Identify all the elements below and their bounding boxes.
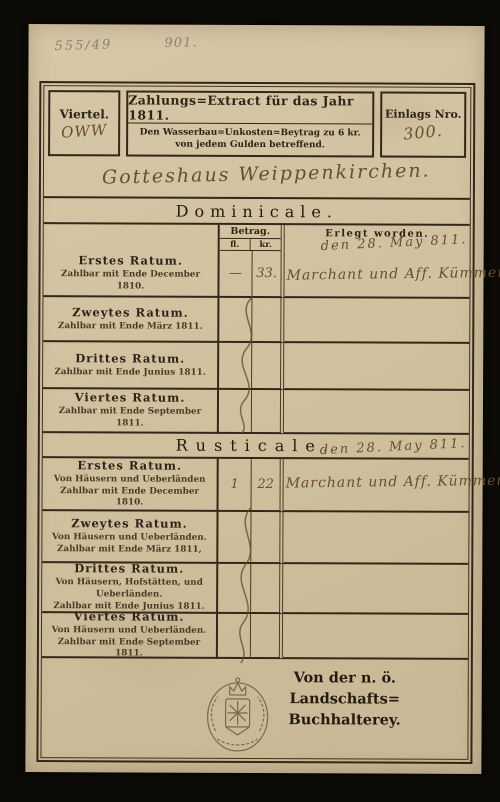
title-box: Zahlungs=Extract für das Jahr 1811. Den … — [126, 90, 374, 157]
fl-label: fl. — [220, 239, 251, 250]
viertel-label: Viertel. — [59, 107, 109, 121]
ratum-due-date: Zahlbar mit Ende December 1810. — [49, 269, 211, 293]
recipient-row: Gotteshaus Weippenkirchen. — [44, 158, 470, 200]
erlegt-cell — [284, 390, 469, 435]
form-body: Viertel. OWW Zahlungs=Extract für das Ja… — [40, 85, 471, 760]
erlegt-cell — [284, 298, 469, 344]
table-row-label: Drittes Ratum. Von Häusern, Hofstätten, … — [42, 563, 218, 614]
fl-value-cell — [218, 614, 251, 659]
kr-label: kr. — [251, 239, 281, 250]
ratum-due-date: Zahlbar mit Ende September 1811. — [49, 406, 211, 430]
pencil-archive-number: 555/49 — [54, 37, 112, 54]
erlegt-cell — [283, 564, 468, 615]
ratum-title: Viertes Ratum. — [75, 390, 186, 404]
dominicale-table: Betrag. fl. kr. Erlegt worden. Erstes Ra… — [43, 224, 470, 435]
fl-value-cell — [219, 298, 252, 343]
ratum-category: Von Häusern, Hofstätten, und Ueberländen… — [48, 577, 210, 601]
ratum-title: Zweytes Ratum. — [72, 305, 189, 320]
fl-handwritten-value: — — [229, 266, 242, 281]
ratum-title: Erstes Ratum. — [77, 458, 182, 472]
betrag-label: Betrag. — [220, 225, 281, 239]
ratum-title: Drittes Ratum. — [74, 561, 184, 575]
einlags-handwritten-value: 300. — [403, 121, 444, 144]
ratum-title: Viertes Ratum. — [74, 609, 185, 623]
scan-background: 555/49 901. Viertel. OWW Zahlungs=Extrac… — [0, 0, 500, 802]
erlegt-cell — [283, 512, 468, 565]
ratum-title: Zweytes Ratum. — [71, 516, 188, 531]
fl-value-cell: 1 — [219, 459, 252, 512]
form-title: Zahlungs=Extract für das Jahr 1811. — [128, 92, 372, 124]
einlags-label: Einlags Nro. — [385, 108, 461, 121]
payment-signature-handwritten: Marchant und Aff. Kümmeringhand — [286, 472, 500, 492]
form-subtitle: Den Wasserbau=Unkosten=Beytrag zu 6 kr. … — [128, 123, 372, 155]
document-paper: 555/49 901. Viertel. OWW Zahlungs=Extrac… — [25, 24, 484, 774]
fl-value-cell — [219, 390, 252, 434]
recipient-handwritten-name: Gotteshaus Weippenkirchen. — [102, 159, 431, 188]
table-corner-cell — [44, 224, 220, 251]
ratum-due-date: Zahlbar mit Ende März 1811. — [58, 321, 203, 334]
kr-handwritten-value: 22 — [257, 477, 274, 492]
issuer-text: Von der n. ö. Landschafts= Buchhalterey. — [240, 667, 450, 731]
einlags-box: Einlags Nro. 300. — [380, 92, 466, 158]
pencil-secondary-number: 901. — [164, 35, 197, 51]
fl-value-cell — [218, 512, 251, 564]
viertel-handwritten-value: OWW — [61, 120, 108, 141]
erlegt-cell: den 28. May 811. Marchant und Aff. Kümme… — [284, 251, 469, 299]
table-row-label: Viertes Ratum. Von Häusern und Ueberländ… — [42, 613, 218, 659]
table-row-label: Drittes Ratum. Zahlbar mit Ende Junius 1… — [43, 342, 219, 390]
ratum-due-date: Zahlbar mit Ende März 1811, — [57, 544, 202, 557]
erlegt-cell: den 28. May 811. Marchant und Aff. Kümme… — [284, 459, 469, 513]
ratum-category: Von Häusern und Ueberländen — [54, 474, 206, 487]
ratum-due-date: Zahlbar mit Ende Junius 1811. — [54, 367, 205, 380]
kr-value-cell — [251, 512, 283, 564]
table-row-label: Zweytes Ratum. Von Häusern und Ueberländ… — [42, 511, 218, 564]
fl-value-cell — [218, 564, 251, 614]
form-header: Viertel. OWW Zahlungs=Extract für das Ja… — [44, 86, 470, 160]
kr-value-cell — [252, 390, 284, 434]
betrag-header: Betrag. fl. kr. — [220, 225, 285, 251]
kr-value-cell — [252, 343, 284, 390]
kr-value-cell — [252, 298, 284, 343]
ratum-title: Drittes Ratum. — [75, 351, 185, 365]
issuer-line-1: Von der n. ö. Landschafts= — [240, 667, 450, 710]
erlegt-cell — [284, 343, 469, 391]
erlegt-cell — [283, 614, 468, 660]
fl-value-cell: — — [219, 251, 252, 298]
fl-value-cell — [219, 343, 252, 390]
table-row-label: Erstes Ratum. Von Häusern und Ueberlände… — [43, 458, 219, 512]
viertel-box: Viertel. OWW — [48, 90, 120, 156]
fl-handwritten-value: 1 — [230, 477, 238, 492]
table-row-label: Viertes Ratum. Zahlbar mit Ende Septembe… — [43, 389, 219, 434]
table-row-label: Erstes Ratum. Zahlbar mit Ende December … — [43, 250, 219, 298]
kr-handwritten-value: 33. — [256, 266, 277, 281]
ratum-category: Von Häusern und Ueberländen. — [52, 532, 207, 545]
table-row-label: Zweytes Ratum. Zahlbar mit Ende März 181… — [43, 297, 219, 343]
section-title-dominicale: Dominicale. — [44, 198, 470, 226]
form-border: Viertel. OWW Zahlungs=Extract für das Ja… — [36, 81, 475, 764]
kr-value-cell: 22 — [252, 459, 284, 512]
kr-value-cell — [251, 564, 283, 614]
fl-kr-subheader: fl. kr. — [220, 239, 281, 251]
kr-value-cell: 33. — [252, 251, 284, 298]
payment-signature-handwritten: Marchant und Aff. Kümmerninghand — [286, 264, 500, 284]
kr-value-cell — [251, 614, 283, 659]
ratum-due-date: Zahlbar mit Ende December 1810. — [49, 486, 211, 510]
form-footer: Von der n. ö. Landschafts= Buchhalterey. — [41, 658, 467, 759]
rusticale-table: Erstes Ratum. Von Häusern und Ueberlände… — [42, 458, 469, 660]
issuer-line-2: Buchhalterey. — [240, 709, 450, 731]
ratum-category: Von Häusern und Ueberländen. — [52, 625, 207, 638]
ratum-title: Erstes Ratum. — [78, 253, 183, 267]
